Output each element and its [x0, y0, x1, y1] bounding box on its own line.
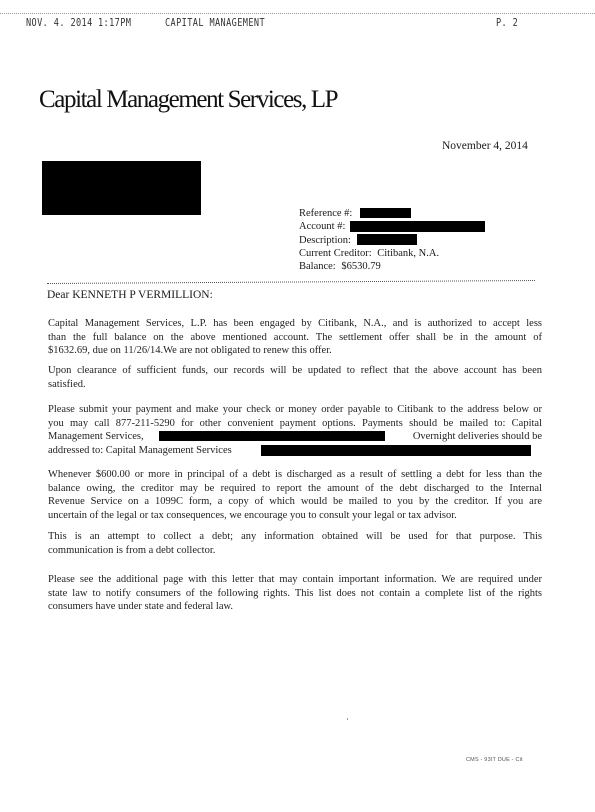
current-creditor-row: Current Creditor: Citibank, N.A.: [299, 247, 439, 260]
letter-page: NOV. 4. 2014 1:17PM CAPITAL MANAGEMENT P…: [0, 0, 595, 812]
redacted-account-number: [350, 221, 485, 232]
paragraph-line: state law to notify consumers of the fol…: [48, 587, 542, 601]
paragraph-text: Overnight deliveries should be: [413, 430, 542, 444]
paragraph-line: Upon clearance of sufficient funds, our …: [48, 364, 542, 378]
paragraph-line: balance owing, the creditor may be requi…: [48, 482, 542, 496]
paragraph-line: Revenue Service on a 1099C form, a copy …: [48, 495, 542, 509]
footer-form-code: CMS - 93IT DUE - Cit: [466, 757, 523, 763]
fax-header-date: NOV. 4. 2014: [26, 16, 93, 29]
paragraph-text: Management Services,: [48, 431, 144, 442]
fax-header-page-number: P. 2: [496, 16, 518, 29]
account-number-label: Account #:: [299, 221, 345, 232]
redacted-overnight-address: [261, 445, 531, 456]
current-creditor-label: Current Creditor:: [299, 248, 372, 259]
fax-top-border: [0, 13, 595, 14]
paragraph-line: Whenever $600.00 or more in principal of…: [48, 468, 542, 482]
scan-speck: [347, 718, 348, 720]
paragraph-line: consumers have under state and federal l…: [48, 600, 542, 614]
tax-notice-paragraph: Whenever $600.00 or more in principal of…: [48, 468, 542, 522]
redacted-recipient-address: [42, 161, 201, 215]
paragraph-line: communication is from a debt collector.: [48, 544, 542, 558]
paragraph-line: This is an attempt to collect a debt; an…: [48, 530, 542, 544]
fax-header-company: CAPITAL MANAGEMENT: [165, 16, 265, 29]
clearance-paragraph: Upon clearance of sufficient funds, our …: [48, 364, 542, 391]
redacted-reference-number: [360, 208, 411, 218]
reference-number-label: Reference #:: [299, 208, 352, 219]
paragraph-line: $1632.69, due on 11/26/14.We are not obl…: [48, 344, 542, 358]
paragraph-line: uncertain of the legal or tax consequenc…: [48, 509, 542, 523]
current-creditor-value: Citibank, N.A.: [377, 247, 439, 260]
redacted-description: [357, 234, 417, 245]
paragraph-line: Please submit your payment and make your…: [48, 403, 542, 417]
balance-value: $6530.79: [341, 260, 380, 273]
letterhead-company-name: Capital Management Services, LP: [39, 86, 337, 114]
debt-collector-disclosure-paragraph: This is an attempt to collect a debt; an…: [48, 530, 542, 557]
separator-dotted-line: [47, 280, 535, 284]
letter-date: November 4, 2014: [442, 140, 528, 152]
balance-row: Balance: $6530.79: [299, 260, 439, 273]
paragraph-line: Please see the additional page with this…: [48, 573, 542, 587]
paragraph-line: satisfied.: [48, 378, 542, 392]
paragraph-line: than the full balance on the above menti…: [48, 331, 542, 345]
paragraph-line: you may call 877-211-5290 for other conv…: [48, 417, 542, 431]
settlement-offer-paragraph: Capital Management Services, L.P. has be…: [48, 317, 542, 358]
redacted-payment-address: [159, 431, 385, 441]
consumer-rights-paragraph: Please see the additional page with this…: [48, 573, 542, 614]
balance-label: Balance:: [299, 261, 336, 272]
description-label: Description:: [299, 235, 351, 246]
paragraph-line: Capital Management Services, L.P. has be…: [48, 317, 542, 331]
fax-header-time: 1:17PM: [98, 16, 131, 29]
salutation: Dear KENNETH P VERMILLION:: [47, 289, 213, 301]
